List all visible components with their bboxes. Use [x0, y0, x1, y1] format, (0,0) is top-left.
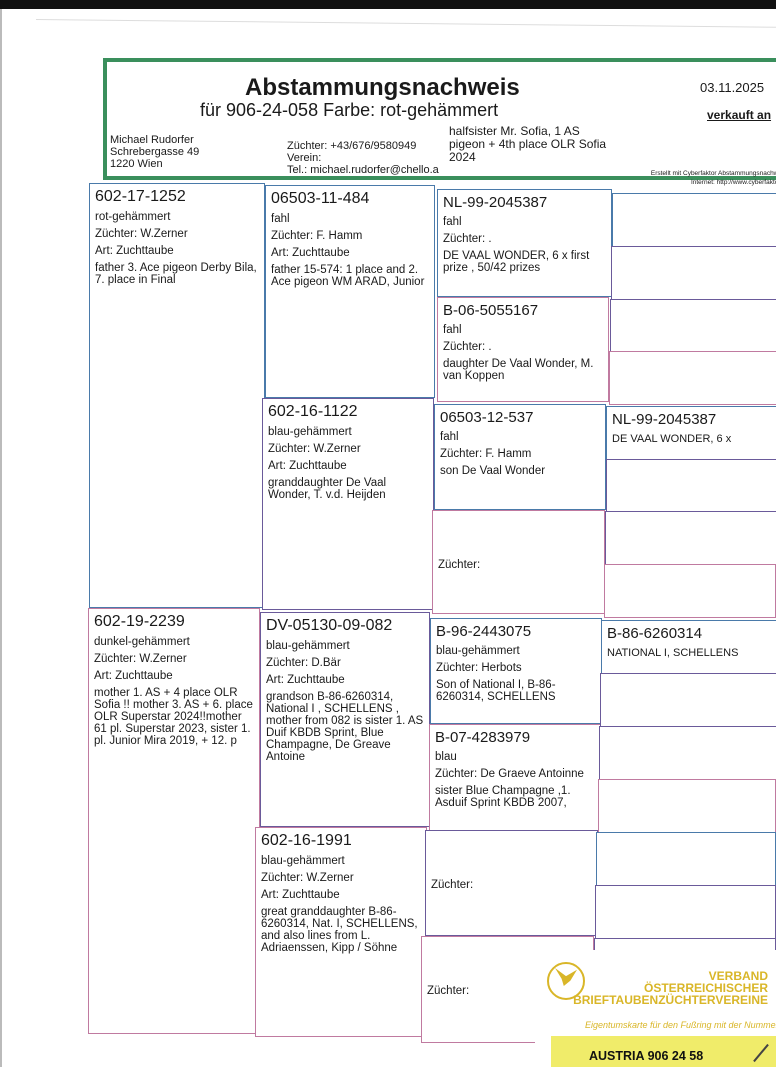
color: fahl	[440, 431, 605, 443]
ring-number: 602-16-1991	[261, 832, 426, 850]
color: blau-gehämmert	[436, 645, 601, 657]
type: Art: Zuchttaube	[261, 889, 426, 901]
color: fahl	[443, 324, 608, 336]
tel-email: Tel.: michael.rudorfer@chello.a	[287, 164, 439, 176]
ownership-label: Eigentumskarte für den Fußring mit der N…	[585, 1020, 776, 1030]
pedigree-g4-11	[599, 726, 776, 780]
breeder: Züchter: D.Bär	[266, 657, 429, 669]
breeder: Züchter:	[431, 879, 473, 891]
breeder: Züchter:	[438, 559, 480, 571]
breeder: Züchter: F. Hamm	[440, 448, 605, 460]
pedigree-mmf: Züchter:	[425, 830, 598, 936]
club: Verein:	[287, 152, 439, 164]
type: Art: Zuchttaube	[95, 245, 264, 257]
document-title: Abstammungsnachweis	[245, 74, 520, 102]
breeder: Züchter: .	[443, 341, 608, 353]
document-date: 03.11.2025	[700, 80, 764, 95]
breeder: Züchter: F. Hamm	[271, 230, 434, 242]
pedigree-fff: NL-99-2045387 fahl Züchter: . DE VAAL WO…	[437, 189, 612, 297]
pedigree-g4-10	[600, 673, 776, 727]
breeder: Züchter: Herbots	[436, 662, 601, 674]
owner-address: Michael Rudorfer Schrebergasse 49 1220 W…	[110, 134, 199, 170]
credits-line-1: Erstellt mit Cyberfaktor Abstammungsnach…	[622, 169, 776, 178]
description: granddaughter De Vaal Wonder, T. v.d. He…	[268, 477, 429, 501]
pedigree-mff: B-96-2443075 blau-gehämmert Züchter: Her…	[430, 618, 602, 724]
color: dunkel-gehämmert	[94, 636, 259, 648]
color: fahl	[443, 216, 611, 228]
description: Son of National I, B-86-6260314, SCHELLE…	[436, 679, 597, 703]
description: sister Blue Champagne ,1. Asduif Sprint …	[435, 785, 596, 809]
breeder: Züchter: W.Zerner	[95, 228, 264, 240]
breeder: Züchter: W.Zerner	[261, 872, 426, 884]
ring-number-bar: AUSTRIA 906 24 58	[551, 1036, 776, 1067]
pedigree-fmf: 06503-12-537 fahl Züchter: F. Hamm son D…	[434, 404, 606, 510]
pedigree-father: 602-17-1252 rot-gehämmert Züchter: W.Zer…	[89, 183, 265, 608]
pedigree-g4-1	[612, 193, 776, 247]
color: blau	[435, 751, 600, 763]
ring-number: 06503-12-537	[440, 409, 605, 426]
sold-to-label: verkauft an	[707, 108, 771, 122]
description: DE VAAL WONDER, 6 x first prize , 50/42 …	[443, 250, 607, 274]
pedigree-g4-2	[611, 246, 776, 300]
pedigree-fmm: Züchter:	[432, 510, 605, 614]
owner-street: Schrebergasse 49	[110, 146, 199, 158]
pedigree-mfm: B-07-4283979 blau Züchter: De Graeve Ant…	[429, 724, 601, 831]
breeder-phone: Züchter: +43/676/9580949	[287, 140, 439, 152]
pedigree-fm: 602-16-1122 blau-gehämmert Züchter: W.Ze…	[262, 398, 434, 610]
ring-number: B-06-5055167	[443, 302, 608, 319]
description: great granddaughter B-86-6260314, Nat. I…	[261, 906, 422, 954]
description: father 15-574: 1 place and 2. Ace pigeon…	[271, 264, 430, 288]
document-header: Abstammungsnachweis für 906-24-058 Farbe…	[103, 58, 776, 180]
color: blau-gehämmert	[261, 855, 426, 867]
document-subtitle: für 906-24-058 Farbe: rot-gehämmert	[200, 100, 498, 121]
ring-number: NL-99-2045387	[443, 194, 611, 211]
description: daughter De Vaal Wonder, M. van Koppen	[443, 358, 604, 382]
pedigree-g4-4	[609, 351, 776, 405]
ring-number: DV-05130-09-082	[266, 617, 429, 635]
description: grandson B-86-6260314, National I , SCHE…	[266, 691, 425, 763]
pedigree-mother: 602-19-2239 dunkel-gehämmert Züchter: W.…	[88, 608, 260, 1034]
color: rot-gehämmert	[95, 211, 264, 223]
ring-number: AUSTRIA 906 24 58	[589, 1049, 703, 1063]
description: NATIONAL I, SCHELLENS	[607, 647, 776, 659]
contact-info: Züchter: +43/676/9580949 Verein: Tel.: m…	[287, 140, 439, 176]
ring-number: B-07-4283979	[435, 729, 600, 746]
software-credits: Erstellt mit Cyberfaktor Abstammungsnach…	[622, 169, 776, 187]
breeder: Züchter: W.Zerner	[268, 443, 433, 455]
pedigree-g4-3	[610, 299, 776, 352]
pedigree-g4-8	[604, 564, 776, 618]
ring-number: B-86-6260314	[607, 625, 776, 642]
ring-number: NL-99-2045387	[612, 411, 776, 428]
scan-top-border	[0, 0, 776, 9]
breeder: Züchter: De Graeve Antoinne	[435, 768, 600, 780]
pedigree-g4-6	[606, 459, 776, 512]
ownership-card: VERBAND ÖSTERREICHISCHER BRIEFTAUBENZÜCH…	[535, 950, 776, 1067]
type: Art: Zuchttaube	[94, 670, 259, 682]
pedigree-ffm: B-06-5055167 fahl Züchter: . daughter De…	[437, 297, 609, 402]
pedigree-g4-12	[598, 779, 776, 833]
pedigree-mf: DV-05130-09-082 blau-gehämmert Züchter: …	[260, 612, 430, 827]
pedigree-mm: 602-16-1991 blau-gehämmert Züchter: W.Ze…	[255, 827, 427, 1037]
pedigree-g4-14	[595, 885, 776, 939]
scan-artifact-line	[36, 19, 776, 28]
description: father 3. Ace pigeon Derby Bila, 7. plac…	[95, 262, 260, 286]
credits-line-2: Internet: http://www.cyberfaktor.	[622, 178, 776, 187]
description: son De Vaal Wonder	[440, 465, 601, 477]
pedigree-fmff: NL-99-2045387 DE VAAL WONDER, 6 x	[606, 406, 776, 460]
type: Art: Zuchttaube	[266, 674, 429, 686]
org-line-3: BRIEFTAUBENZÜCHTERVEREINE	[573, 994, 768, 1006]
pedigree-g4-7	[605, 511, 776, 565]
pedigree-mfff: B-86-6260314 NATIONAL I, SCHELLENS	[601, 620, 776, 674]
description: DE VAAL WONDER, 6 x	[612, 433, 776, 445]
pigeon-note: halfsister Mr. Sofia, 1 AS pigeon + 4th …	[449, 125, 609, 164]
type: Art: Zuchttaube	[271, 247, 434, 259]
owner-name: Michael Rudorfer	[110, 134, 199, 146]
ring-number: 602-16-1122	[268, 403, 433, 421]
pedigree-ff: 06503-11-484 fahl Züchter: F. Hamm Art: …	[265, 185, 435, 398]
pedigree-g4-13	[596, 832, 776, 886]
ring-number: 602-17-1252	[95, 188, 264, 206]
color: blau-gehämmert	[266, 640, 429, 652]
description: mother 1. AS + 4 place OLR Sofia !! moth…	[94, 687, 255, 747]
breeder: Züchter: .	[443, 233, 611, 245]
color: blau-gehämmert	[268, 426, 433, 438]
pen-stroke-icon	[753, 1044, 769, 1062]
organization-name: VERBAND ÖSTERREICHISCHER BRIEFTAUBENZÜCH…	[573, 970, 768, 1006]
owner-city: 1220 Wien	[110, 158, 199, 170]
ring-number: 602-19-2239	[94, 613, 259, 631]
breeder: Züchter: W.Zerner	[94, 653, 259, 665]
scan-left-edge	[0, 9, 2, 1067]
ring-number: B-96-2443075	[436, 623, 601, 640]
ring-number: 06503-11-484	[271, 190, 434, 208]
color: fahl	[271, 213, 434, 225]
type: Art: Zuchttaube	[268, 460, 433, 472]
breeder: Züchter:	[427, 985, 469, 997]
